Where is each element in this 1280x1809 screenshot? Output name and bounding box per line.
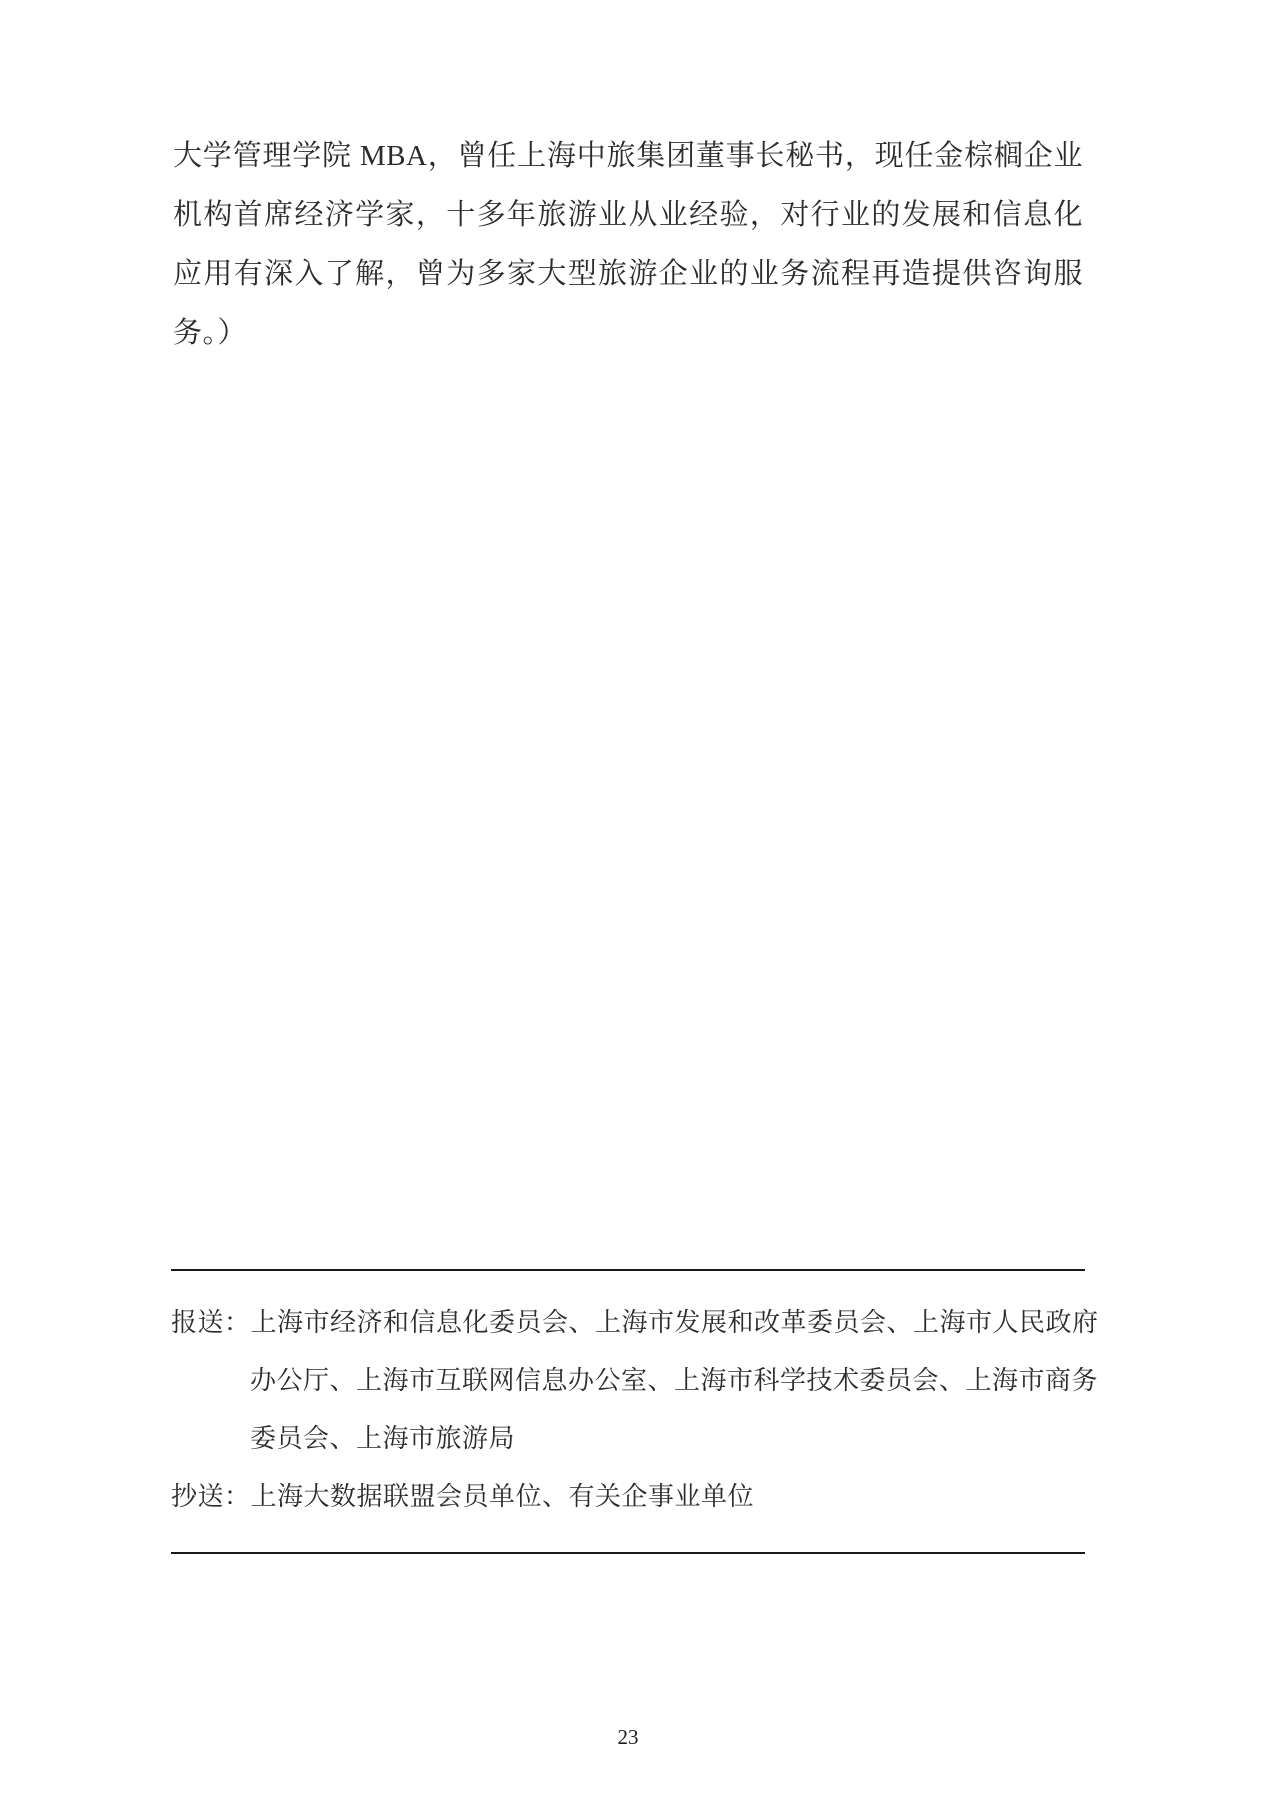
copy-to-text: 上海大数据联盟会员单位、有关企事业单位 (251, 1482, 755, 1511)
body-paragraph: 大学管理学院 MBA，曾任上海中旅集团董事长秘书，现任金棕榈企业 机构首席经济学… (173, 127, 1083, 363)
report-to-line: 委员会、上海市旅游局 (250, 1424, 515, 1453)
distribution-block: 报送：上海市经济和信息化委员会、上海市发展和改革委员会、上海市人民政府 办公厅、… (171, 1269, 1085, 1554)
document-page: 大学管理学院 MBA，曾任上海中旅集团董事长秘书，现任金棕榈企业 机构首席经济学… (0, 0, 1280, 1809)
copy-to-label: 抄送： (171, 1482, 251, 1511)
copy-to-row: 抄送：上海大数据联盟会员单位、有关企事业单位 (171, 1468, 1085, 1526)
distribution-separator-bottom (171, 1552, 1085, 1554)
paragraph-line: 务。） (173, 304, 1083, 363)
report-to-row: 报送：上海市经济和信息化委员会、上海市发展和改革委员会、上海市人民政府 (171, 1294, 1085, 1352)
report-to-row: 委员会、上海市旅游局 (171, 1410, 1085, 1468)
report-to-row: 办公厅、上海市互联网信息办公室、上海市科学技术委员会、上海市商务 (171, 1352, 1085, 1410)
distribution-list: 报送：上海市经济和信息化委员会、上海市发展和改革委员会、上海市人民政府 办公厅、… (171, 1294, 1085, 1526)
paragraph-line: 大学管理学院 MBA，曾任上海中旅集团董事长秘书，现任金棕榈企业 (173, 127, 1083, 186)
report-to-line: 上海市经济和信息化委员会、上海市发展和改革委员会、上海市人民政府 (251, 1308, 1099, 1337)
page-number: 23 (173, 1725, 1083, 1750)
report-to-line: 办公厅、上海市互联网信息办公室、上海市科学技术委员会、上海市商务 (250, 1366, 1098, 1395)
paragraph-line: 应用有深入了解，曾为多家大型旅游企业的业务流程再造提供咨询服 (173, 245, 1083, 304)
distribution-separator-top (171, 1269, 1085, 1271)
paragraph-line: 机构首席经济学家，十多年旅游业从业经验，对行业的发展和信息化 (173, 186, 1083, 245)
report-to-label: 报送： (171, 1308, 251, 1337)
